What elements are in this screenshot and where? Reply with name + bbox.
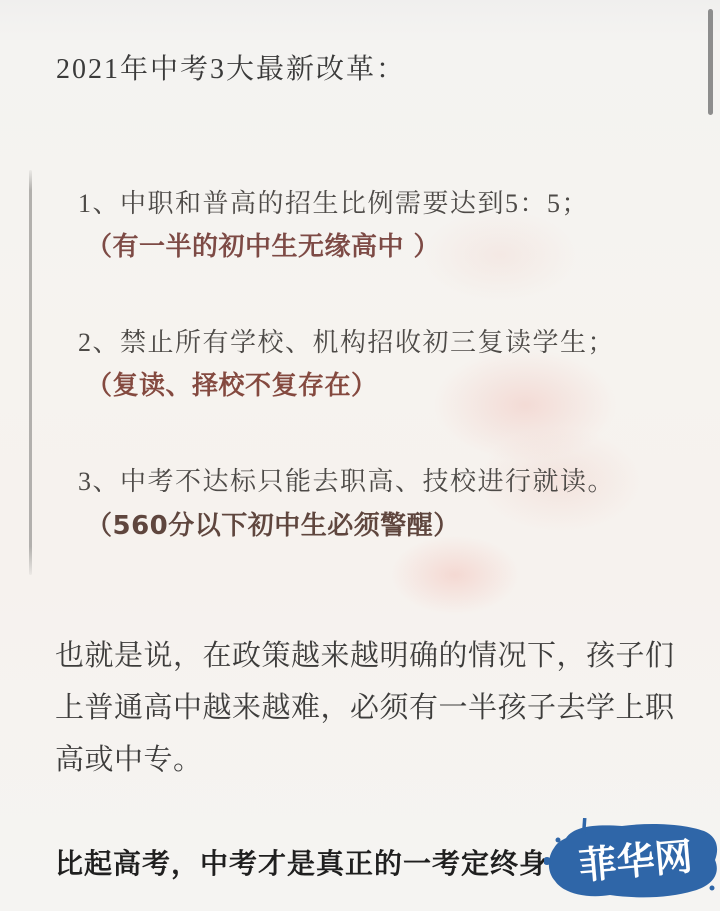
quote-left-border [29, 170, 32, 575]
reform-item-1-text: 1、中职和普高的招生比例需要达到5：5； [78, 183, 589, 220]
conclusion-text: 比起高考，中考才是真正的一考定终身 [55, 842, 548, 882]
scrollbar-thumb[interactable] [708, 9, 713, 115]
feihua-watermark-logo: 菲华网 [544, 818, 720, 904]
article-page: 2021年中考3大最新改革： 1、中职和普高的招生比例需要达到5：5； （有一半… [0, 0, 720, 911]
reform-item-2-text: 2、禁止所有学校、机构招收初三复读学生； [78, 322, 615, 359]
watermark-brush-blob: 菲华网 [544, 818, 720, 904]
reform-item-2-note: （复读、择校不复存在） [86, 365, 378, 402]
page-title: 2021年中考3大最新改革： [56, 47, 406, 87]
reform-item-1-note: （有一半的初中生无缘高中 ） [86, 226, 440, 263]
paragraph-line-3: 高或中专。 [55, 737, 203, 778]
reform-item-3-text: 3、中考不达标只能去职高、技校进行就读。 [78, 461, 615, 498]
paragraph-line-2: 上普通高中越来越难，必须有一半孩子去学上职 [55, 685, 675, 726]
reform-item-3-note: （560分以下初中生必须警醒） [86, 505, 460, 542]
paragraph-line-1: 也就是说，在政策越来越明确的情况下，孩子们 [55, 633, 675, 674]
